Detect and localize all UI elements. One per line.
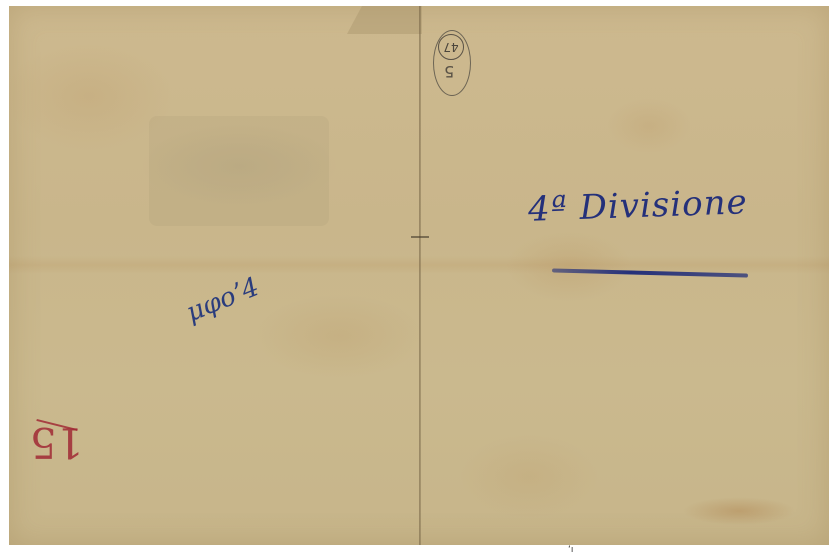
handwritten-title: 4ª Divisione — [527, 182, 748, 230]
fold-tick-mark — [411, 236, 429, 238]
folio-number-circled: 47 — [438, 34, 464, 60]
faded-rectangle-mark — [149, 116, 329, 226]
folio-number-small: 5 — [444, 62, 454, 81]
center-fold-line — [419, 6, 421, 545]
tape-residue — [347, 6, 422, 34]
folio-number-circled-text: 47 — [443, 40, 458, 54]
document-scan: 47 5 4ª Divisione μφoʼ4 15 ʻı — [0, 0, 837, 554]
red-pencil-number: 15 — [30, 418, 83, 467]
bottom-edge-mark: ʻı — [568, 545, 573, 554]
